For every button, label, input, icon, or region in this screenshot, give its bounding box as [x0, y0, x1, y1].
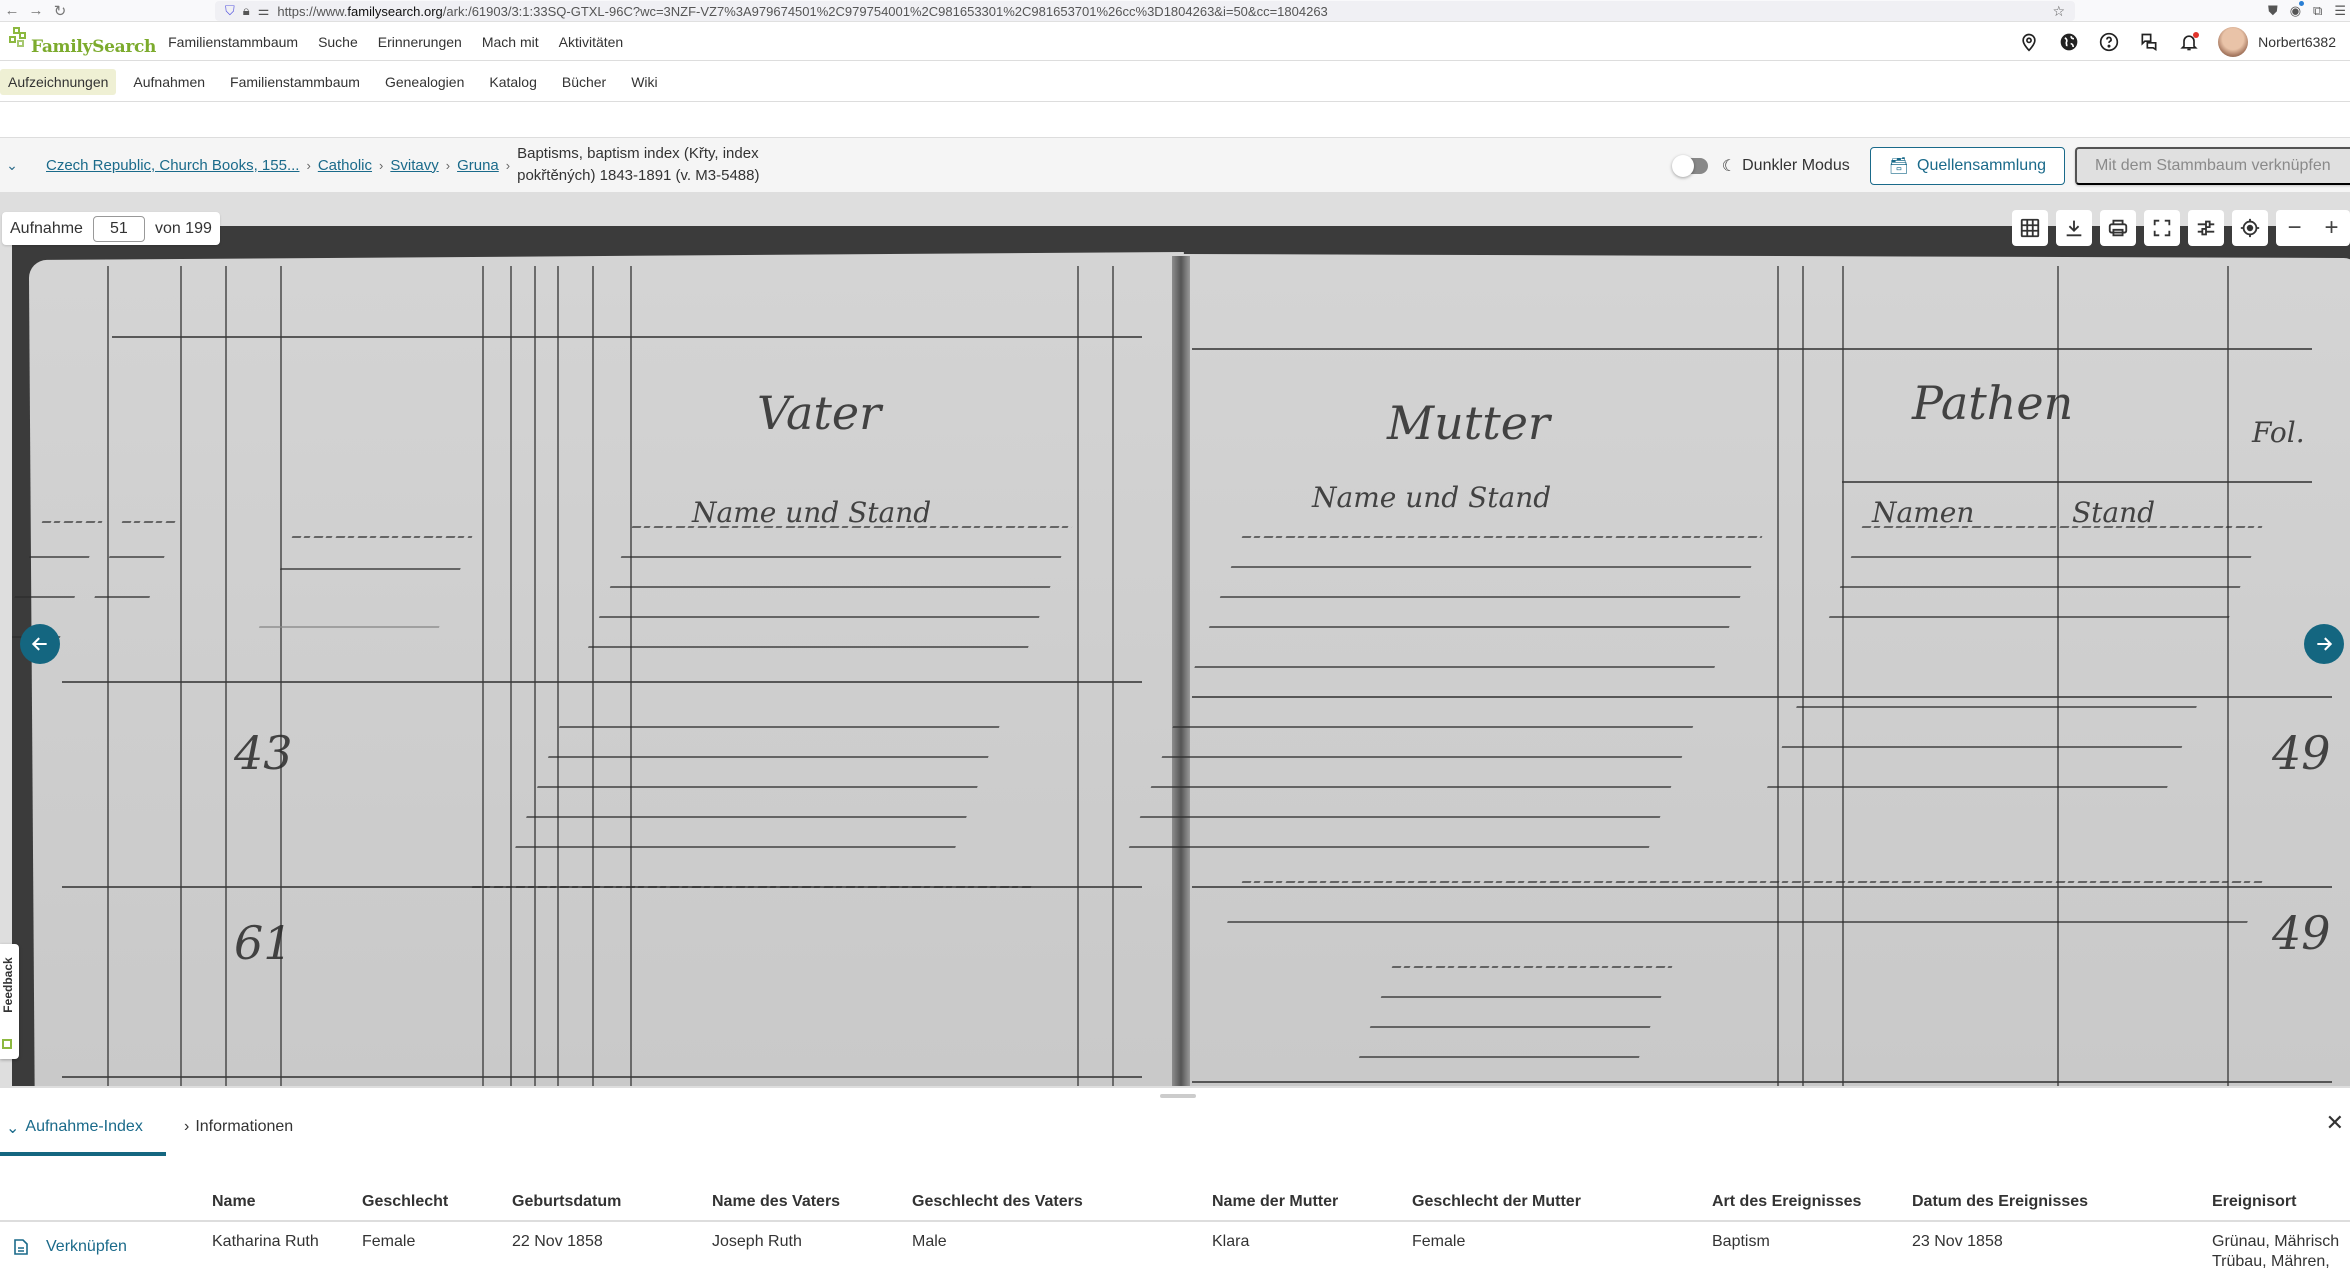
zoom-controls: − + [2276, 210, 2350, 246]
breadcrumb-catholic[interactable]: Catholic [318, 157, 372, 174]
image-viewer[interactable]: Aufnahme von 199 − + Feedb [0, 192, 2350, 1088]
breadcrumb-gruna[interactable]: Gruna [457, 157, 499, 174]
bookmark-star-icon[interactable]: ☆ [2052, 3, 2065, 20]
breadcrumb-svitavy[interactable]: Svitavy [390, 157, 438, 174]
cell-event-place: Grünau, Mährisch Trübau, Mähren, [2212, 1232, 2339, 1271]
entry-number-61: 61 [234, 916, 293, 970]
download-button[interactable] [2056, 210, 2092, 246]
target-icon [2239, 217, 2261, 239]
breadcrumb-current: Baptisms, baptism index (Křty, index pok… [517, 143, 807, 187]
cell-father-sex: Male [912, 1232, 947, 1252]
panel-tabs: ⌄ Aufnahme-Index › Informationen [0, 1114, 303, 1156]
download-icon [2063, 217, 2085, 239]
fullscreen-icon [2151, 217, 2173, 239]
image-total: von 199 [155, 220, 212, 238]
index-table: Name Geschlecht Geburtsdatum Name des Va… [0, 1186, 2350, 1258]
close-panel-icon[interactable]: ✕ [2326, 1110, 2344, 1136]
chevron-down-icon: ⌄ [6, 1118, 19, 1138]
cell-mother-name: Klara [1212, 1232, 1249, 1252]
sliders-icon [2195, 217, 2217, 239]
previous-image-button[interactable] [20, 624, 60, 664]
lock-icon: 🔒︎ [243, 3, 250, 19]
location-pin-icon[interactable] [2018, 31, 2040, 53]
help-icon[interactable] [2098, 31, 2120, 53]
nav-search[interactable]: Suche [318, 34, 358, 50]
menu-icon[interactable]: ☰ [2334, 3, 2346, 19]
feedback-logo-icon [2, 1039, 12, 1049]
cell-event-date: 23 Nov 1858 [1912, 1232, 2003, 1252]
cell-name: Katharina Ruth [212, 1232, 319, 1252]
account-icon[interactable]: ◉ [2290, 3, 2301, 19]
cell-sex: Female [362, 1232, 415, 1252]
subnav-genealogies[interactable]: Genealogien [377, 69, 472, 95]
reload-icon[interactable]: ↻ [48, 0, 72, 22]
url-text: https://www.familysearch.org/ark:/61903/… [277, 4, 1327, 19]
subnav-records[interactable]: Aufzeichnungen [0, 69, 116, 95]
attach-to-tree-button[interactable]: Mit dem Stammbaum verknüpfen [2075, 147, 2350, 185]
moon-stars-icon: ☾ [1722, 156, 1736, 176]
messages-icon[interactable] [2138, 31, 2160, 53]
browser-toolbar: ← → ↻ ⛉ 🔒︎ ⚌ https://www.familysearch.or… [0, 0, 2350, 22]
viewer-toolbar: − + [2012, 210, 2350, 246]
fullscreen-button[interactable] [2144, 210, 2180, 246]
breadcrumb-bar: ⌄ Czech Republic, Church Books, 155...› … [0, 137, 2350, 192]
folio-49b: 49 [2272, 906, 2331, 960]
tab-information[interactable]: › Informationen [178, 1114, 303, 1156]
subnav-family-tree[interactable]: Familienstammbaum [222, 69, 368, 95]
document-icon [14, 1239, 28, 1255]
print-button[interactable] [2100, 210, 2136, 246]
image-counter: Aufnahme von 199 [2, 212, 220, 245]
avatar[interactable] [2218, 27, 2248, 57]
zoom-in-button[interactable]: + [2313, 210, 2350, 246]
back-icon[interactable]: ← [0, 0, 24, 22]
record-scan-image: Vater Name und Stand Mutter Name und Sta… [12, 226, 2350, 1086]
grid-icon [2019, 217, 2041, 239]
nav-memories[interactable]: Erinnerungen [378, 34, 462, 50]
feedback-tab[interactable]: Feedback [0, 944, 19, 1059]
attach-link[interactable]: Verknüpfen [14, 1238, 127, 1256]
table-row: Verknüpfen Katharina Ruth Female 22 Nov … [0, 1222, 2350, 1258]
table-header: Name Geschlecht Geburtsdatum Name des Va… [0, 1186, 2350, 1222]
sub-nav: Aufzeichnungen Aufnahmen Familienstammba… [0, 62, 2350, 102]
subnav-wiki[interactable]: Wiki [623, 69, 665, 95]
panel-resize-handle[interactable] [1160, 1094, 1196, 1098]
index-panel: ⌄ Aufnahme-Index › Informationen ✕ Name … [0, 1088, 2350, 1271]
entry-number-43: 43 [234, 726, 293, 780]
zoom-out-button[interactable]: − [2276, 210, 2313, 246]
username[interactable]: Norbert6382 [2258, 34, 2336, 50]
site-header: FamilySearch Familienstammbaum Suche Eri… [0, 23, 2350, 61]
breadcrumb-collection[interactable]: Czech Republic, Church Books, 155... [46, 157, 299, 174]
dark-mode-label: Dunkler Modus [1742, 157, 1850, 175]
tree-logo-icon [9, 27, 31, 57]
breadcrumb: Czech Republic, Church Books, 155...› Ca… [46, 143, 807, 187]
next-image-button[interactable] [2304, 624, 2344, 664]
cell-event-type: Baptism [1712, 1232, 1770, 1252]
archive-box-icon: 🗃︎ [1889, 156, 1909, 176]
image-number-input[interactable] [93, 216, 145, 242]
nav-activities[interactable]: Aktivitäten [559, 34, 624, 50]
shield-icon: ⛉ [225, 3, 235, 19]
adjust-button[interactable] [2188, 210, 2224, 246]
familysearch-logo[interactable]: FamilySearch [9, 27, 156, 57]
main-nav: Familienstammbaum Suche Erinnerungen Mac… [168, 34, 623, 50]
image-label: Aufnahme [10, 220, 83, 238]
cell-birth-date: 22 Nov 1858 [512, 1232, 603, 1252]
grid-view-button[interactable] [2012, 210, 2048, 246]
scan-page-left [29, 252, 1190, 1086]
dark-mode-toggle[interactable] [1674, 158, 1708, 174]
scan-page-right [1178, 254, 2350, 1086]
address-bar[interactable]: ⛉ 🔒︎ ⚌ https://www.familysearch.org/ark:… [215, 1, 2075, 21]
folio-49a: 49 [2272, 726, 2331, 780]
subnav-catalog[interactable]: Katalog [481, 69, 544, 95]
pocket-icon[interactable]: ⛊ [2268, 3, 2278, 19]
nav-get-involved[interactable]: Mach mit [482, 34, 539, 50]
subnav-images[interactable]: Aufnahmen [125, 69, 213, 95]
arrow-right-icon [2314, 634, 2334, 654]
notifications-bell-icon[interactable] [2178, 31, 2200, 53]
extensions-icon[interactable]: ⧉ [2313, 3, 2322, 19]
arrow-left-icon [30, 634, 50, 654]
chevron-down-icon[interactable]: ⌄ [0, 157, 24, 174]
permissions-icon: ⚌ [258, 3, 270, 19]
printer-icon [2107, 217, 2129, 239]
recenter-button[interactable] [2232, 210, 2268, 246]
cell-mother-sex: Female [1412, 1232, 1465, 1252]
subnav-books[interactable]: Bücher [554, 69, 614, 95]
globe-icon[interactable] [2058, 31, 2080, 53]
source-box-button[interactable]: 🗃︎ Quellensammlung [1870, 147, 2065, 185]
forward-icon[interactable]: → [24, 0, 48, 22]
tab-image-index[interactable]: ⌄ Aufnahme-Index [0, 1114, 166, 1156]
cell-father-name: Joseph Ruth [712, 1232, 802, 1252]
chevron-right-icon: › [184, 1118, 189, 1136]
nav-family-tree[interactable]: Familienstammbaum [168, 34, 298, 50]
